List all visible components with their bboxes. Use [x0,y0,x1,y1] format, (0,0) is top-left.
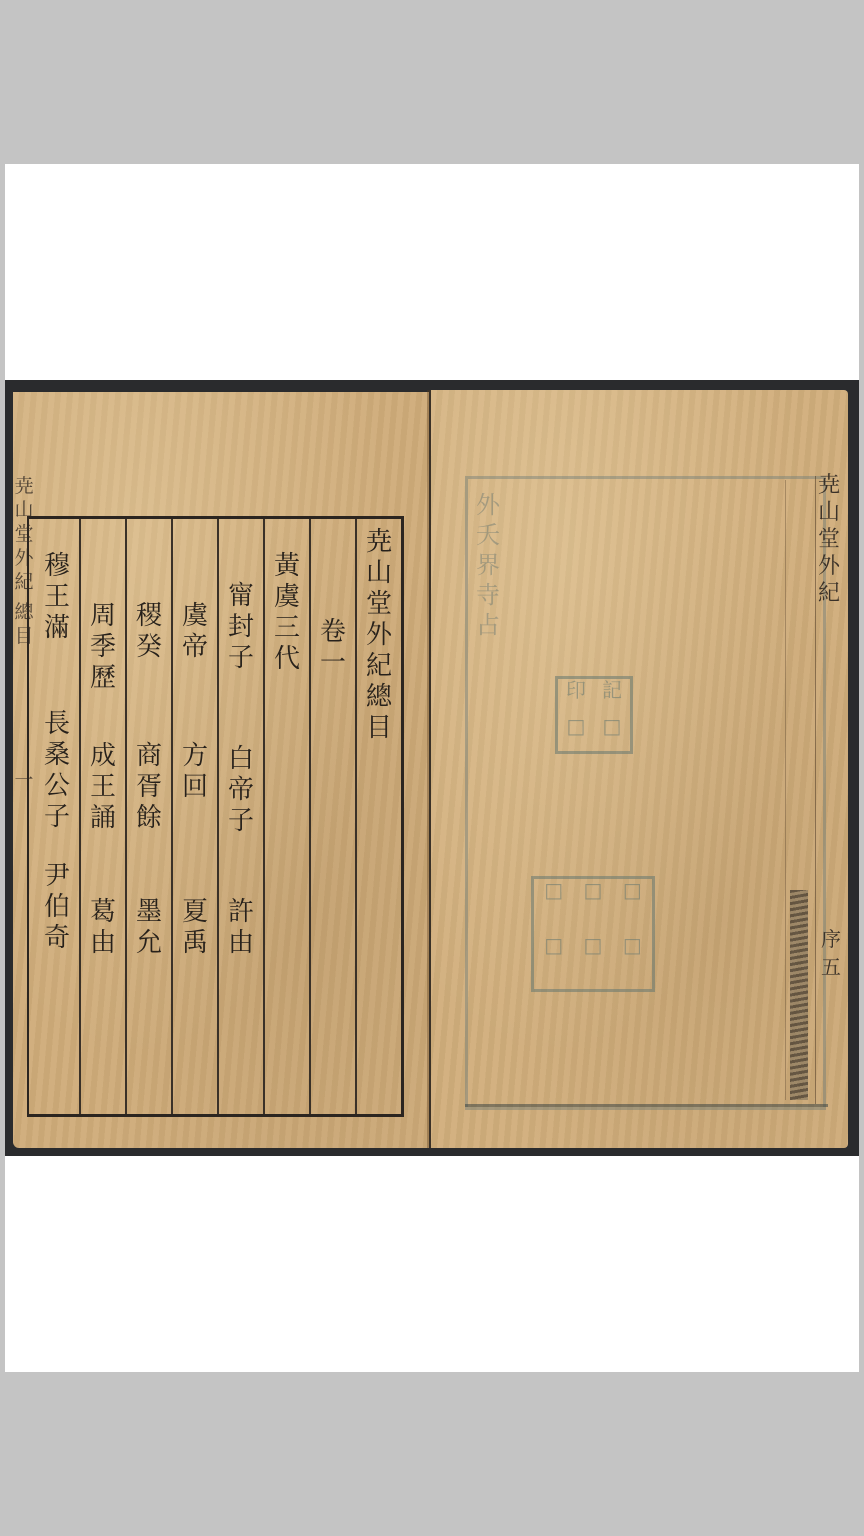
toc-entry: 長 桑 公 子 [35,709,79,833]
collector-seal-small: 印 記 □ □ [555,676,633,754]
bleed-through-text: 外 夭 界 寺 占 [473,490,503,640]
toc-entry: 虞 帝 [173,601,217,663]
left-page: 尭 山 堂 外 紀 總 目 一 尭 山 堂 外 紀 總 [13,392,429,1148]
toc-entry: 墨 允 [127,897,171,959]
torn-edge [790,890,808,1100]
edge-title: 尭 山 堂 外 紀 [816,472,842,607]
edge-rule [785,480,787,1100]
bleed-through-frame [465,476,826,1110]
toc-entry: 甯 封 子 [219,581,263,674]
toc-entry: 尹 伯 奇 [35,861,79,954]
toc-entry: 夏 禹 [173,897,217,959]
page-title: 尭 山 堂 外 紀 總 目 [357,527,401,744]
collector-seal-large: □ □ □ □ □ □ [531,876,655,992]
section-heading: 黃 虞 三 代 [265,551,309,675]
toc-entry: 葛 由 [81,897,125,959]
column-rule [309,519,311,1114]
text-frame: 尭 山 堂 外 紀 總 目 卷 一 黃 虞 三 代 甯 [27,516,404,1117]
edge-folio: 序 五 [818,925,844,981]
bottom-rule [465,1104,828,1107]
book-scan: 尭 山 堂 外 紀 總 目 一 尭 山 堂 外 紀 總 [5,380,859,1156]
right-page: 外 夭 界 寺 占 印 記 □ □ □ □ □ □ □ □ 尭 山 堂 外 [431,390,848,1148]
volume-label: 卷 一 [311,617,355,679]
toc-entry: 穆 王 滿 [35,551,79,644]
toc-entry: 許 由 [219,897,263,959]
toc-entry: 商 胥 餘 [127,741,171,834]
toc-entry: 周 季 歷 [81,601,125,694]
toc-entry: 稷 癸 [127,601,171,663]
toc-entry: 方 回 [173,741,217,803]
toc-entry: 成 王 誦 [81,741,125,834]
toc-entry: 白 帝 子 [219,744,263,837]
